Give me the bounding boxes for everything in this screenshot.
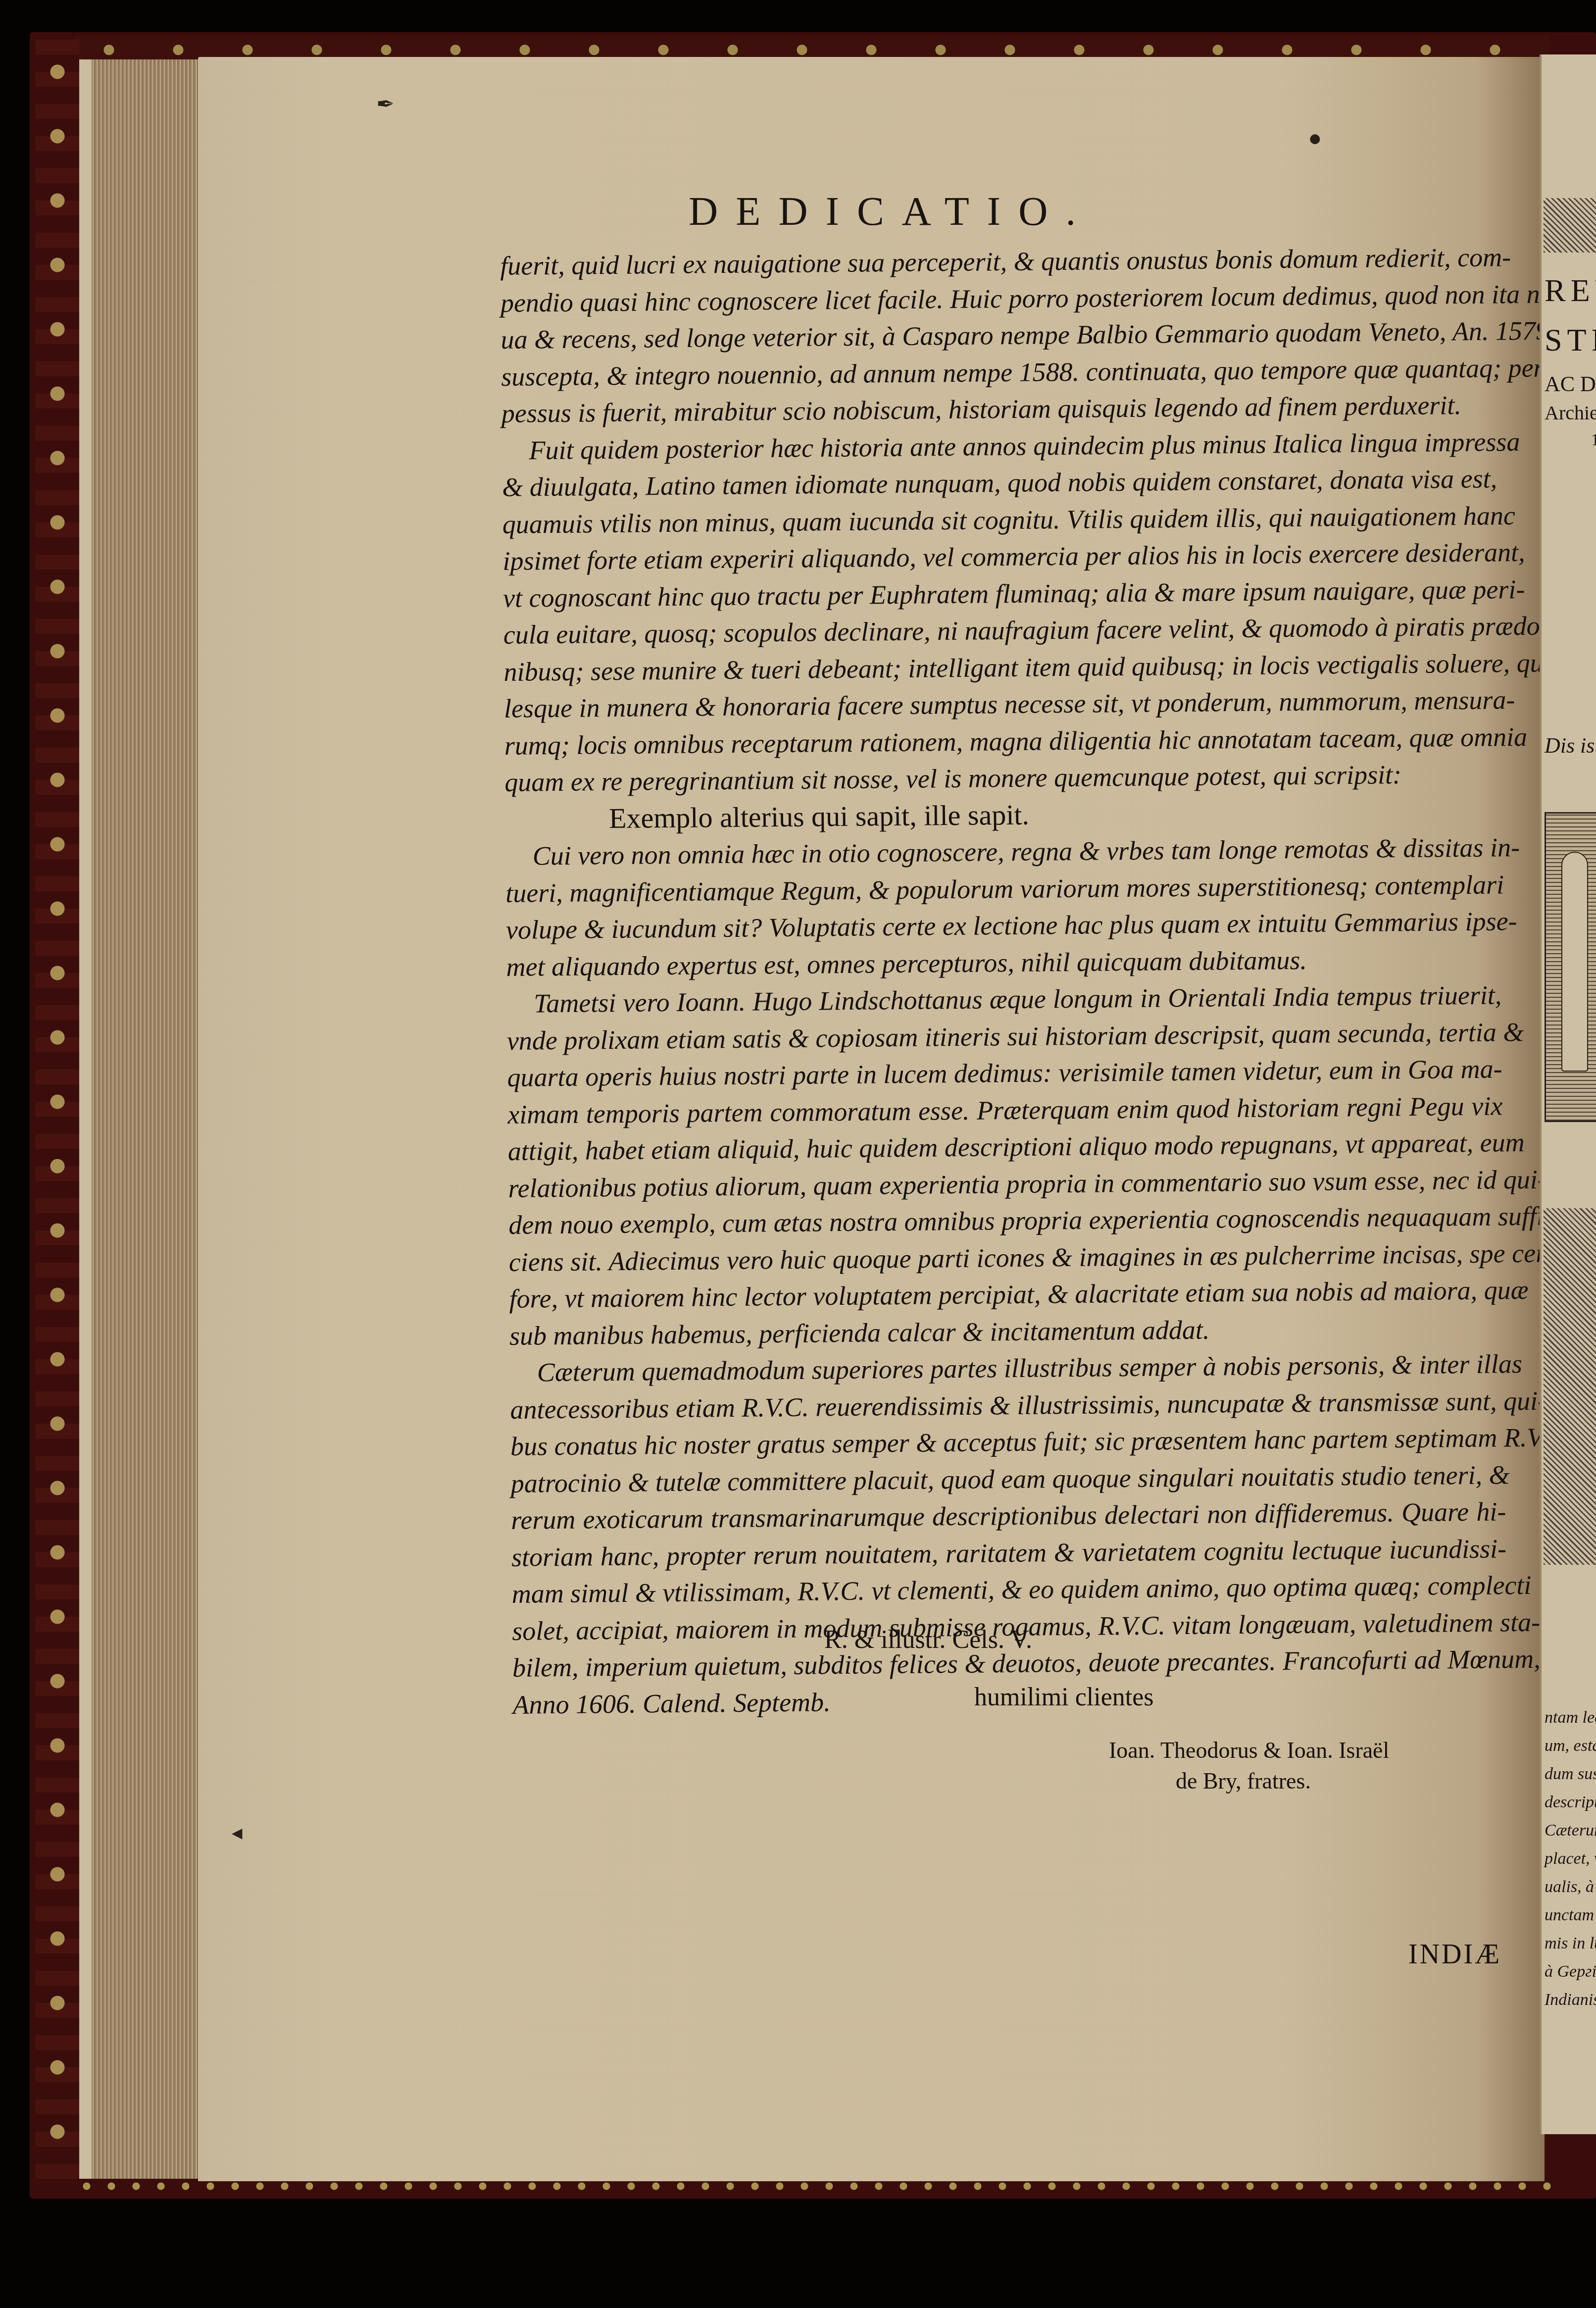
humility-formula: humilimi clientes	[974, 1683, 1154, 1712]
facing-text-fragment: descriptionem	[1545, 1793, 1596, 1812]
facing-text-fragment: mis in lucem	[1545, 1934, 1596, 1953]
running-head: DEDICATIO.	[198, 188, 1564, 235]
facing-text-fragment: ualis, à Gemm	[1545, 1878, 1596, 1897]
page-edge-highlight	[79, 59, 92, 2179]
ornamental-initial	[1544, 1208, 1596, 1565]
dedication-body: fuerit, quid lucri ex nauigatione sua pe…	[500, 239, 1508, 1723]
facing-text-fragment: à Geргio Spil	[1545, 1962, 1596, 1981]
ink-smudge-icon: ✒	[376, 92, 395, 117]
facing-caption: Dis ist	[1545, 733, 1596, 758]
facing-text-fragment: Cæterum c	[1545, 1821, 1596, 1840]
gilt-border-top	[74, 36, 1549, 59]
facing-text-fragment: Indianis, co	[1545, 1991, 1596, 2009]
facing-text-fragment: um, estq; na	[1545, 1737, 1596, 1755]
margin-mark-icon: ◀	[232, 1825, 243, 1841]
catchword: INDIÆ	[1408, 1939, 1501, 1970]
facing-title-fragment: 1	[1591, 431, 1596, 450]
facing-recto-page: REV STRI AC DOM Archie 1 Dis ist ntam le…	[1540, 54, 1596, 2134]
facing-title-fragment: STRI	[1545, 322, 1596, 359]
facing-text-fragment: unctam vno	[1545, 1906, 1596, 1925]
ornament-headpiece	[1544, 198, 1596, 253]
signatory-line-2: de Bry, fratres.	[1176, 1768, 1311, 1794]
gilt-border-left	[36, 40, 79, 2184]
facing-text-fragment: ntam lectori	[1545, 1708, 1596, 1727]
page-edges	[79, 59, 198, 2179]
facing-title-fragment: AC DOM	[1545, 371, 1596, 397]
ink-dot-icon: ●	[1309, 131, 1321, 146]
engraved-figure	[1561, 852, 1588, 1072]
signatory-line-1: Ioan. Theodorus & Ioan. Israël	[1109, 1737, 1389, 1763]
facing-text-fragment: placet, versare	[1545, 1849, 1596, 1868]
salutation: R. & illustr. Cels. V.	[824, 1625, 1032, 1654]
facing-title-fragment: REV	[1545, 272, 1596, 309]
facing-text-fragment: dum suscepta,	[1545, 1765, 1596, 1784]
facing-title-fragment: Archie	[1545, 401, 1596, 424]
